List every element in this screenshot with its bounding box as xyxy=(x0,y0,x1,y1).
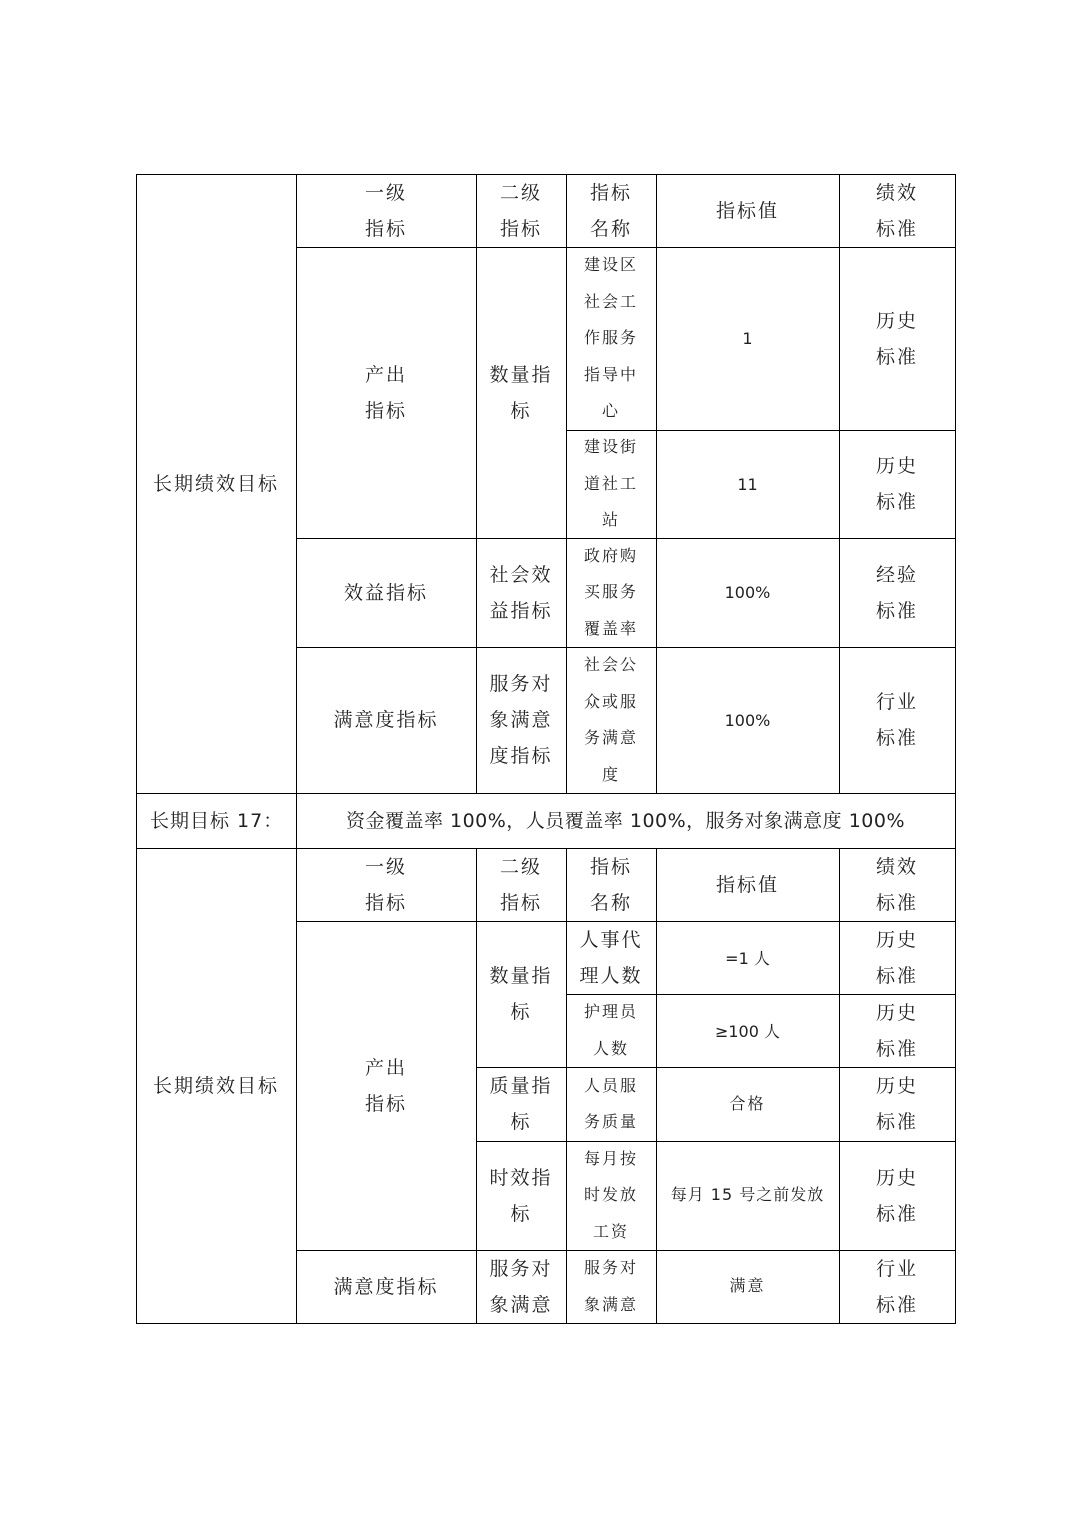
table1-header-level2: 二级 指标 xyxy=(476,174,566,247)
table-divider xyxy=(656,174,657,793)
table1-level2-quantity: 数量指 标 xyxy=(476,247,566,538)
table-divider xyxy=(566,430,956,431)
table-divider xyxy=(296,1250,956,1251)
table2-header-level2: 二级 指标 xyxy=(476,848,566,921)
table2-row5-name: 服务对 象满意 xyxy=(566,1250,656,1323)
table2-level1-satisfaction: 满意度指标 xyxy=(296,1250,476,1323)
table2-row1-value: =1 人 xyxy=(656,921,839,994)
table1-row1-standard: 历史 标准 xyxy=(839,247,955,430)
goal17-label: 长期目标 17： xyxy=(136,793,296,848)
table-border xyxy=(136,174,137,1324)
table2-level1-output: 产出 指标 xyxy=(296,921,476,1250)
goal17-text: 资金覆盖率 100%，人员覆盖率 100%，服务对象满意度 100% xyxy=(296,793,955,848)
table1-header-standard: 绩效 标准 xyxy=(839,174,955,247)
table2-row1-standard: 历史 标准 xyxy=(839,921,955,994)
table2-row-label: 长期绩效目标 xyxy=(136,848,296,1323)
table2-row3-standard: 历史 标准 xyxy=(839,1067,955,1141)
table2-row3-name: 人员服 务质量 xyxy=(566,1067,656,1141)
table-divider xyxy=(296,647,956,648)
table-border xyxy=(296,174,297,1324)
table1-row1-name: 建设区 社会工 作服务 指导中 心 xyxy=(566,247,656,430)
table-border xyxy=(955,174,956,1324)
table-border xyxy=(136,1323,956,1324)
table1-row2-name: 建设街 道社工 站 xyxy=(566,430,656,538)
table2-level2-timeliness: 时效指 标 xyxy=(476,1141,566,1250)
table-divider xyxy=(566,994,956,995)
table2-row2-value: ≥100 人 xyxy=(656,994,839,1067)
table2-row2-name: 护理员 人数 xyxy=(566,994,656,1067)
table-divider xyxy=(476,1141,956,1142)
table2-level2-satisfaction: 服务对 象满意 xyxy=(476,1250,566,1323)
table-divider xyxy=(136,848,956,849)
table1-header-level1: 一级 指标 xyxy=(296,174,476,247)
table1-row4-value: 100% xyxy=(656,647,839,793)
table1-row1-value: 1 xyxy=(656,247,839,430)
table1-header-name: 指标 名称 xyxy=(566,174,656,247)
table1-level1-output: 产出 指标 xyxy=(296,247,476,538)
document-page: 长期绩效目标 一级 指标 二级 指标 指标 名称 指标值 绩效 标准 产出 指标… xyxy=(0,0,1074,1520)
table-divider xyxy=(136,793,956,794)
table2-level2-quality: 质量指 标 xyxy=(476,1067,566,1141)
table1-row3-name: 政府购 买服务 覆盖率 xyxy=(566,538,656,647)
table2-row2-standard: 历史 标准 xyxy=(839,994,955,1067)
table2-row4-standard: 历史 标准 xyxy=(839,1141,955,1250)
table1-row2-standard: 历史 标准 xyxy=(839,430,955,538)
table1-row3-value: 100% xyxy=(656,538,839,647)
table2-row3-value: 合格 xyxy=(656,1067,839,1141)
table-divider xyxy=(839,174,840,793)
table1-level2-satisfaction: 服务对 象满意 度指标 xyxy=(476,647,566,793)
table-divider xyxy=(476,848,477,1323)
table2-level2-quantity: 数量指 标 xyxy=(476,921,566,1067)
table-divider xyxy=(296,921,956,922)
table2-header-standard: 绩效 标准 xyxy=(839,848,955,921)
table-divider xyxy=(839,848,840,1323)
table2-row4-name: 每月按 时发放 工资 xyxy=(566,1141,656,1250)
table-divider xyxy=(566,848,567,1323)
table-divider xyxy=(476,1067,956,1068)
table1-header-value: 指标值 xyxy=(656,174,839,247)
table-divider xyxy=(656,848,657,1323)
table2-header-value: 指标值 xyxy=(656,848,839,921)
table1-row-label: 长期绩效目标 xyxy=(136,174,296,793)
table-divider xyxy=(296,247,956,248)
table1-row4-standard: 行业 标准 xyxy=(839,647,955,793)
table2-header-level1: 一级 指标 xyxy=(296,848,476,921)
table2-row1-name: 人事代 理人数 xyxy=(566,921,656,994)
table1-level1-benefit: 效益指标 xyxy=(296,538,476,647)
table2-header-name: 指标 名称 xyxy=(566,848,656,921)
table-divider xyxy=(476,174,477,793)
table1-row4-name: 社会公 众或服 务满意 度 xyxy=(566,647,656,793)
table1-row3-standard: 经验 标准 xyxy=(839,538,955,647)
table2-row5-standard: 行业 标准 xyxy=(839,1250,955,1323)
table-divider xyxy=(296,538,956,539)
table1-level1-satisfaction: 满意度指标 xyxy=(296,647,476,793)
table1-level2-social-benefit: 社会效 益指标 xyxy=(476,538,566,647)
table1-row2-value: 11 xyxy=(656,430,839,538)
table2-row4-value: 每月 15 号之前发放 xyxy=(656,1141,839,1250)
table2-row5-value: 满意 xyxy=(656,1250,839,1323)
table-divider xyxy=(566,174,567,793)
table-border xyxy=(136,174,956,175)
